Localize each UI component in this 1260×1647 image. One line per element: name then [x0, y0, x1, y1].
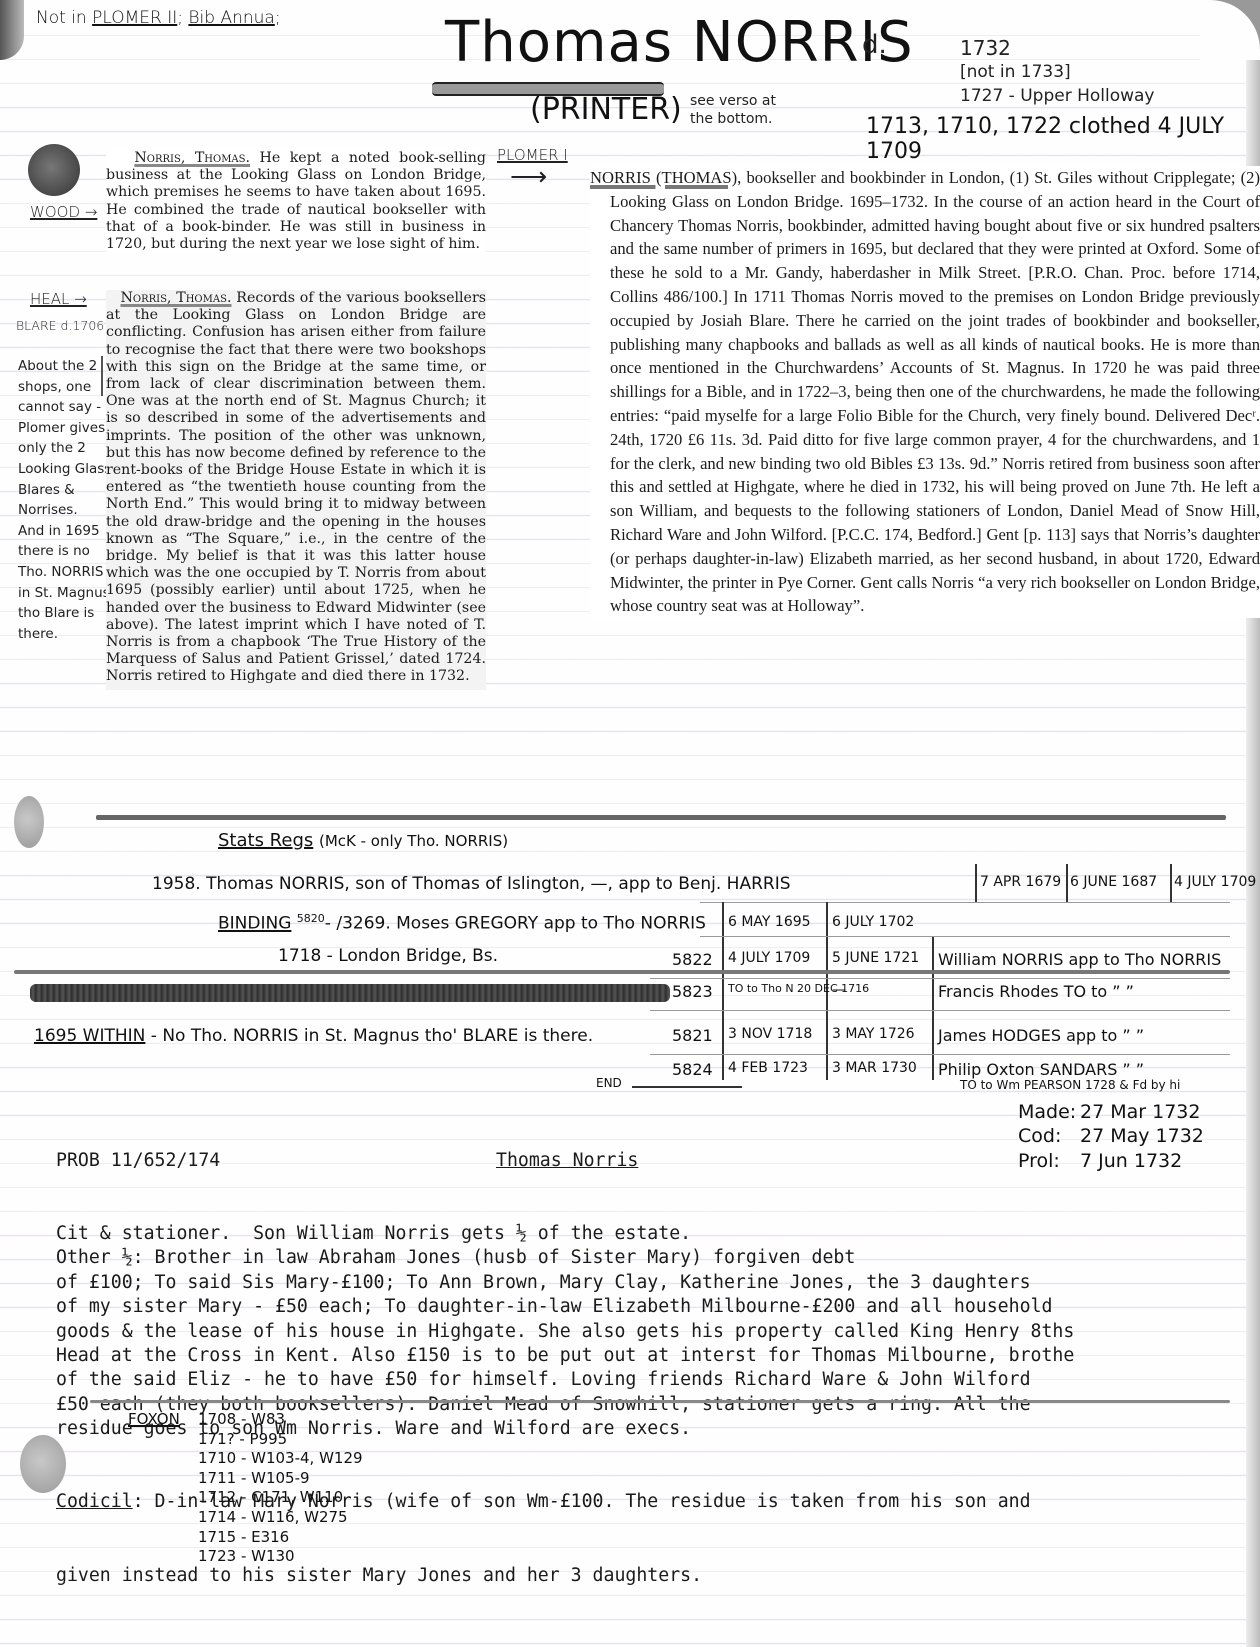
will-dates: Made:27 Mar 1732Cod:27 May 1732Prol:7 Ju…	[1018, 1100, 1204, 1173]
struck-out-text	[30, 984, 670, 1002]
apprentice-ref: 5822	[672, 950, 713, 969]
apprentice-freed-date: —	[832, 982, 846, 998]
apprentice-bound-date: 3 NOV 1718	[728, 1026, 812, 1042]
foxon-entry: 1714 - W116, W275	[198, 1508, 363, 1528]
apprentice-ref: 5824	[672, 1060, 713, 1079]
will-reference: PROB 11/652/174	[56, 1150, 220, 1171]
col-divider	[932, 936, 934, 1080]
col-divider	[1170, 864, 1172, 902]
top-note: Not in PLOMER II; Bib Annua;	[36, 8, 281, 28]
codicil-label: Codicil	[56, 1491, 133, 1512]
will-line: Other ½: Brother in law Abraham Jones (h…	[56, 1246, 1236, 1270]
apprentice-name: William NORRIS app to Tho NORRIS	[938, 950, 1221, 969]
apprentice-ref: 5823	[672, 982, 713, 1001]
wood-label: WOOD →	[30, 203, 97, 221]
date-cell: 6 JUNE 1687	[1070, 874, 1157, 890]
header-dates: 1732 [not in 1733] 1727 - Upper Holloway	[960, 36, 1155, 108]
col-divider	[1066, 864, 1068, 902]
apprentice-name: Francis Rhodes TO to ” ”	[938, 982, 1134, 1001]
apprentice-name: Philip Oxton SANDARS ” ”	[938, 1060, 1144, 1079]
apprentice-freed-date: 3 MAY 1726	[832, 1026, 915, 1042]
will-date-row: Prol:7 Jun 1732	[1018, 1149, 1204, 1173]
verso-note: see verso at the bottom.	[690, 92, 776, 128]
apprentice-bound-date: TO to Tho N 20 DEC 1716	[728, 982, 869, 995]
row-rule	[700, 902, 1230, 903]
col-divider	[975, 864, 977, 902]
plomer-clipping: NORRIS (THOMAS), bookseller and bookbind…	[590, 166, 1260, 618]
row-rule-heavy	[14, 970, 1230, 974]
blare-note: BLARE d.1706.	[16, 318, 108, 333]
row-rule	[650, 1054, 1230, 1055]
arrow-right-icon: ⟶	[510, 162, 547, 192]
foxon-entry: 1711 - W105-9	[198, 1469, 363, 1489]
end-label: END	[596, 1076, 622, 1090]
will-date-row: Made:27 Mar 1732	[1018, 1100, 1204, 1124]
page-title: Thomas NORRIS	[445, 10, 914, 75]
will-line: of my sister Mary - £50 each; To daughte…	[56, 1295, 1236, 1319]
sandars-note: TO to Wm PEARSON 1728 & Fd by hi	[960, 1078, 1180, 1092]
apprentice-name: James HODGES app to ” ”	[938, 1026, 1144, 1045]
notebook-page: Not in PLOMER II; Bib Annua; Thomas NORR…	[0, 0, 1260, 1647]
will-date-value: 27 Mar 1732	[1080, 1101, 1200, 1123]
stats-row-1958: 1958. Thomas NORRIS, son of Thomas of Is…	[152, 874, 791, 894]
will-date-label: Prol:	[1018, 1149, 1080, 1173]
section-divider	[96, 815, 1226, 820]
within-row: 1695 WITHIN - No Tho. NORRIS in St. Magn…	[34, 1026, 593, 1046]
date-cell: 6 JULY 1702	[832, 914, 914, 930]
apprentice-freed-date: 3 MAR 1730	[832, 1060, 917, 1076]
margin-bracket	[101, 356, 103, 396]
will-line: Cit & stationer. Son William Norris gets…	[56, 1222, 1236, 1246]
punch-hole-icon	[14, 796, 44, 848]
section-divider	[90, 1400, 1230, 1403]
row-rule	[700, 936, 1230, 937]
foxon-entry: 1712 - C171, W110	[198, 1488, 363, 1508]
page-corner-round	[1200, 0, 1260, 60]
clipping-heading: NORRIS (THOMAS)	[590, 168, 737, 187]
wood-clipping: Norris, Thomas. He kept a noted book-sel…	[106, 150, 486, 253]
will-line: Head at the Cross in Kent. Also £150 is …	[56, 1344, 1236, 1368]
date-cell: 6 MAY 1695	[728, 914, 811, 930]
row-rule	[650, 978, 1230, 979]
apprentice-ref: 5821	[672, 1026, 713, 1045]
date-cell: 7 APR 1679	[980, 874, 1061, 890]
apprentice-bound-date: 4 FEB 1723	[728, 1060, 808, 1076]
foxon-entry: 1723 - W130	[198, 1547, 363, 1567]
apprentice-bound-date: 4 JULY 1709	[728, 950, 810, 966]
subtitle-printer: (PRINTER)	[530, 92, 682, 127]
apprentice-freed-date: 5 JUNE 1721	[832, 950, 919, 966]
heal-clipping: Norris, Thomas. Records of the various b…	[106, 290, 486, 690]
clipping-heading: Norris, Thomas.	[120, 290, 231, 306]
will-line: of the said Eliz - he to have £50 for hi…	[56, 1368, 1236, 1392]
foxon-entry: 1715 - E316	[198, 1528, 363, 1548]
punch-hole-icon	[28, 144, 80, 196]
clothed-date: 1713, 1710, 1722 clothed 4 JULY 1709	[866, 114, 1260, 164]
clipping-heading: Norris, Thomas.	[134, 150, 250, 166]
foxon-entry: 171? - P995	[198, 1430, 363, 1450]
foxon-entry: 1708 - W83	[198, 1410, 363, 1430]
london-bridge-note: 1718 - London Bridge, Bs.	[278, 946, 498, 966]
will-name: Thomas Norris	[496, 1149, 638, 1173]
will-date-value: 27 May 1732	[1080, 1125, 1204, 1147]
date-cell: 4 JULY 1709	[1174, 874, 1256, 890]
will-date-label: Cod:	[1018, 1124, 1080, 1148]
will-date-row: Cod:27 May 1732	[1018, 1124, 1204, 1148]
will-date-label: Made:	[1018, 1100, 1080, 1124]
page-corner-shadow	[0, 0, 24, 60]
died-label: d.	[862, 30, 887, 60]
foxon-label: FOXON	[128, 1410, 180, 1430]
stats-regs-heading: Stats Regs (McK - only Tho. NORRIS)	[218, 830, 508, 851]
will-line: goods & the lease of his house in Highga…	[56, 1320, 1236, 1344]
will-line: of £100; To said Sis Mary-£100; To Ann B…	[56, 1271, 1236, 1295]
row-rule	[650, 1010, 1230, 1011]
binding-row: BINDING 5820- /3269. Moses GREGORY app t…	[218, 912, 706, 934]
will-date-value: 7 Jun 1732	[1080, 1150, 1182, 1172]
heal-label: HEAL →	[30, 290, 87, 308]
end-rule	[632, 1086, 742, 1088]
foxon-entry: 1710 - W103-4, W129	[198, 1449, 363, 1469]
